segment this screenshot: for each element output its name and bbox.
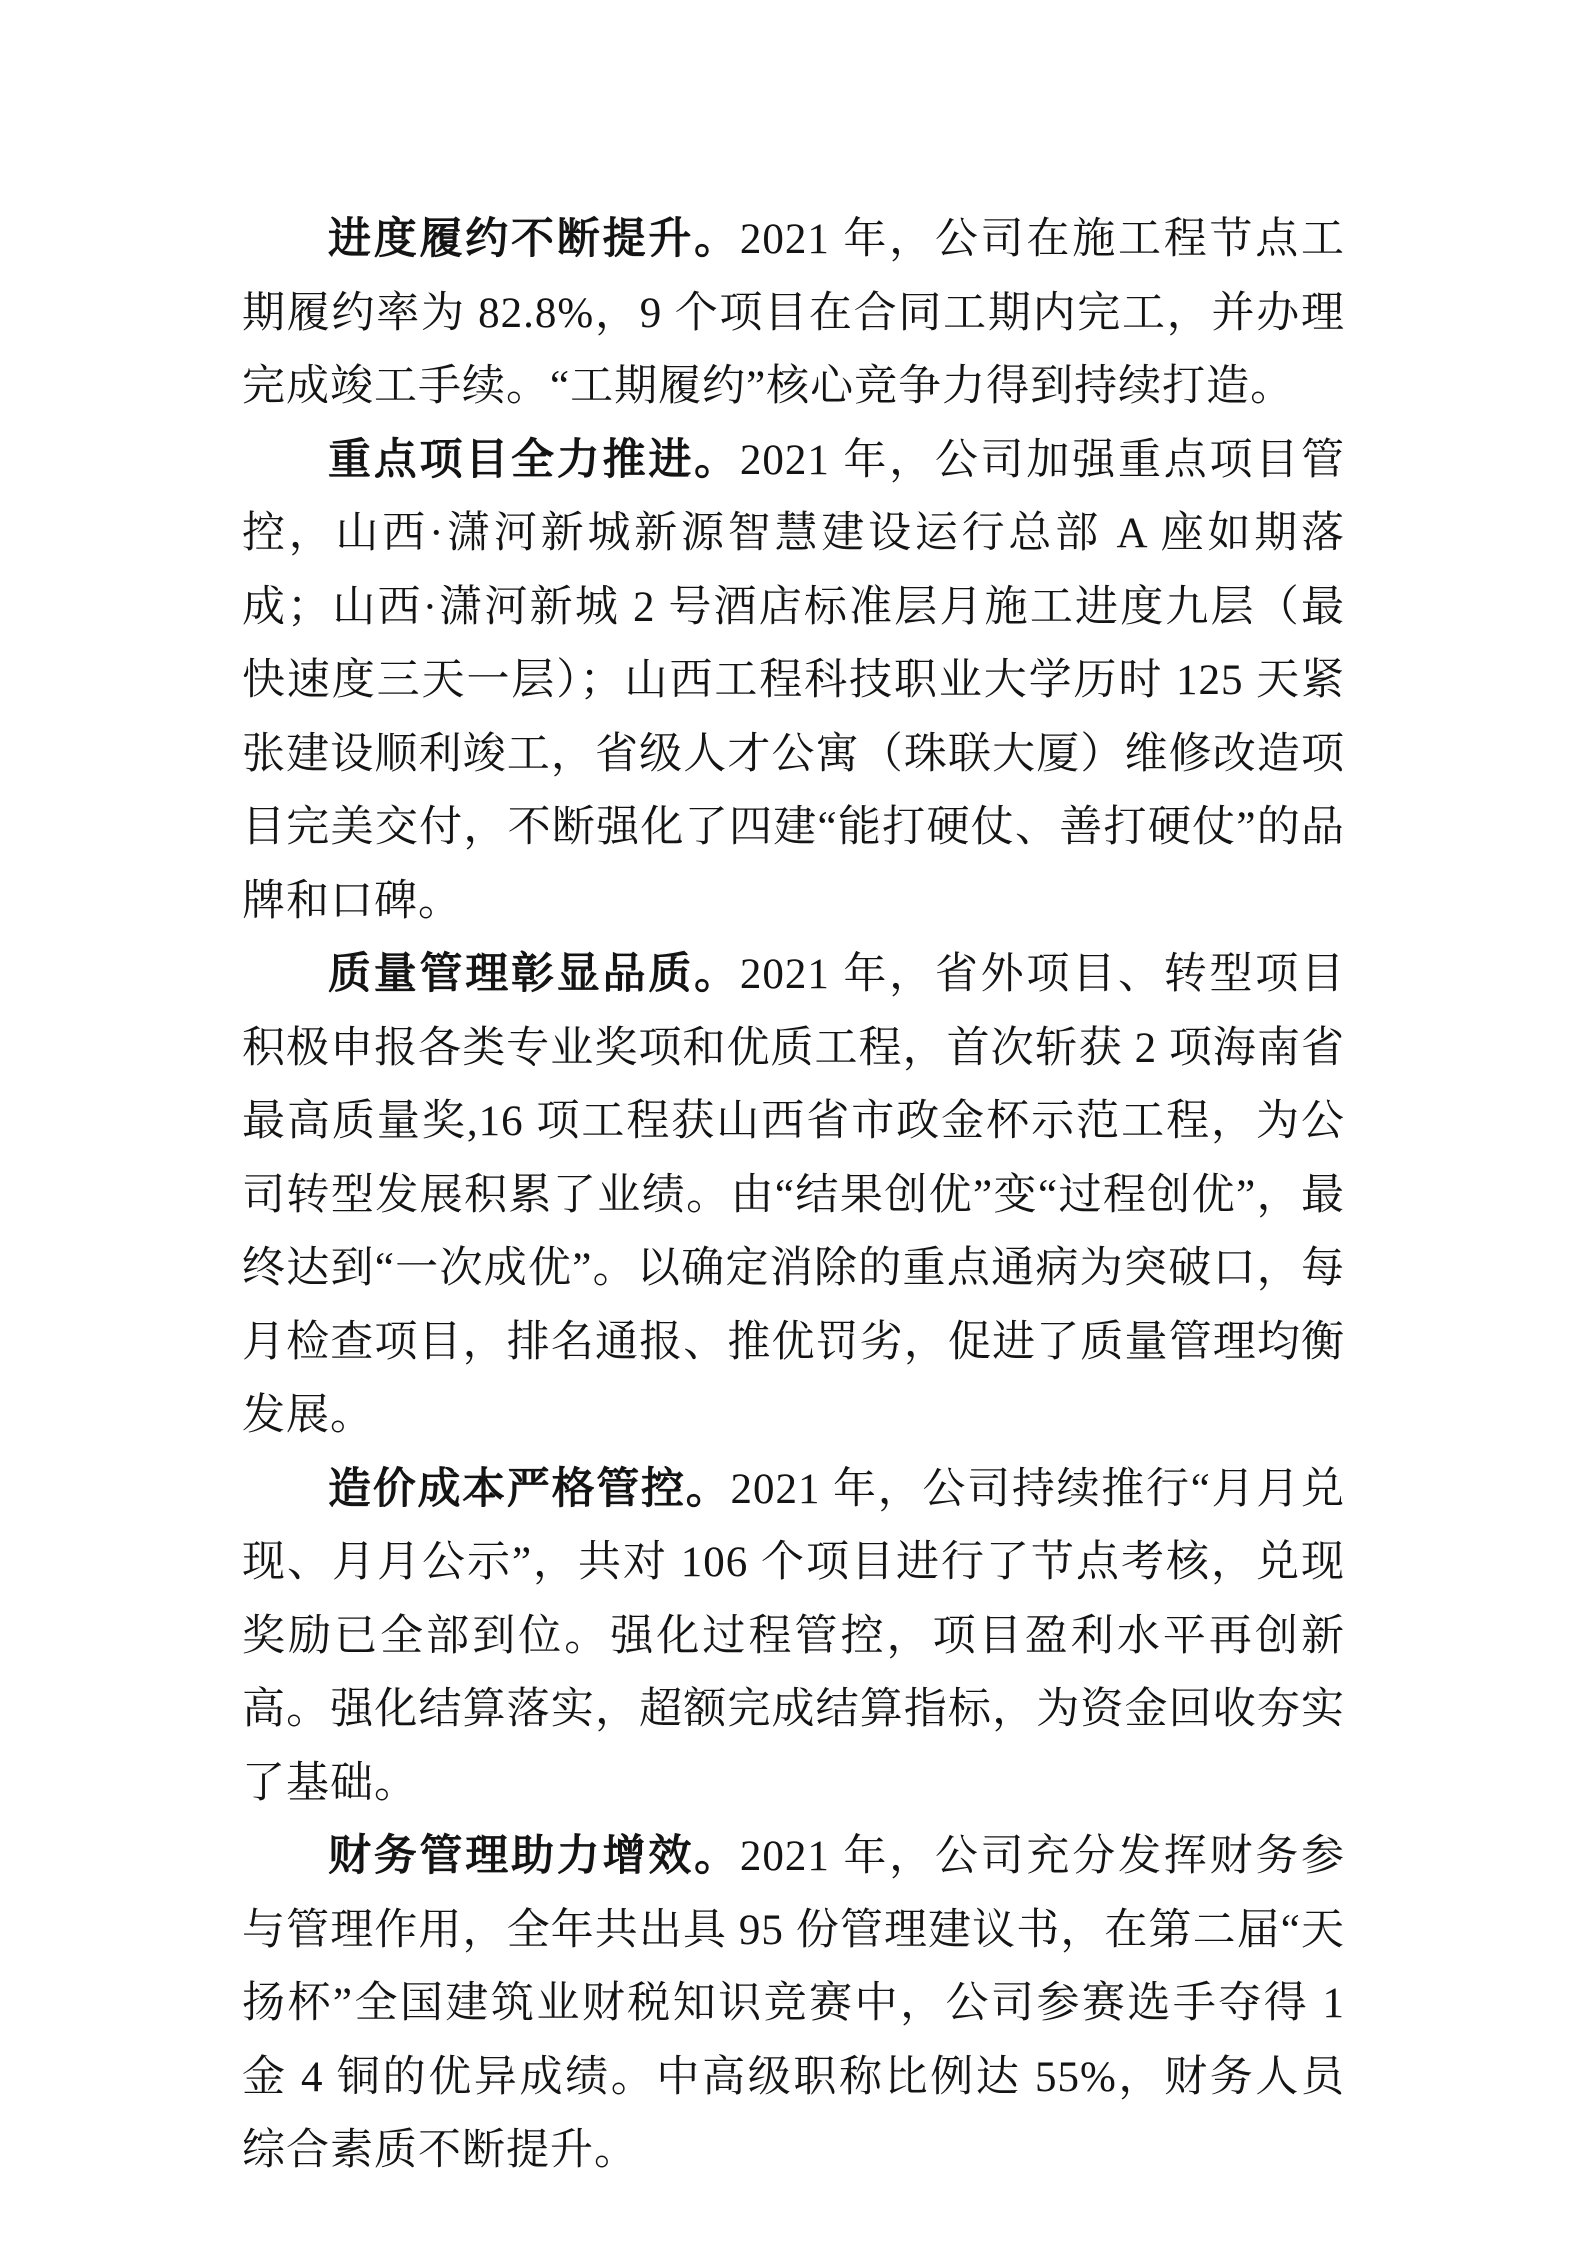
paragraph-heading: 财务管理助力增效。 (328, 1833, 740, 1880)
paragraph-heading: 质量管理彰显品质。 (328, 951, 740, 998)
paragraph-body: 2021 年，公司充分发挥财务参与管理作用，全年共出具 95 份管理建议书，在第… (242, 1833, 1345, 2174)
paragraph-body: 2021 年，公司持续推行“月月兑现、月月公示”，共对 106 个项目进行了节点… (242, 1466, 1345, 1807)
paragraph-body: 2021 年，省外项目、转型项目积极申报各类专业奖项和优质工程，首次斩获 2 项… (242, 951, 1345, 1439)
paragraph-body: 2021 年，公司加强重点项目管控，山西·潇河新城新源智慧建设运行总部 A 座如… (242, 437, 1345, 925)
text-block: 进度履约不断提升。2021 年，公司在施工程节点工期履约率为 82.8%，9 个… (242, 203, 1345, 2188)
paragraph-progress-performance: 进度履约不断提升。2021 年，公司在施工程节点工期履约率为 82.8%，9 个… (242, 203, 1345, 424)
paragraph-financial-management: 财务管理助力增效。2021 年，公司充分发挥财务参与管理作用，全年共出具 95 … (242, 1820, 1345, 2188)
paragraph-heading: 重点项目全力推进。 (328, 437, 740, 484)
paragraph-heading: 造价成本严格管控。 (328, 1466, 731, 1513)
paragraph-cost-control: 造价成本严格管控。2021 年，公司持续推行“月月兑现、月月公示”，共对 106… (242, 1453, 1345, 1821)
paragraph-key-projects: 重点项目全力推进。2021 年，公司加强重点项目管控，山西·潇河新城新源智慧建设… (242, 424, 1345, 939)
paragraph-heading: 进度履约不断提升。 (328, 216, 740, 263)
paragraph-quality-management: 质量管理彰显品质。2021 年，省外项目、转型项目积极申报各类专业奖项和优质工程… (242, 938, 1345, 1453)
document-page: 进度履约不断提升。2021 年，公司在施工程节点工期履约率为 82.8%，9 个… (0, 0, 1587, 2245)
